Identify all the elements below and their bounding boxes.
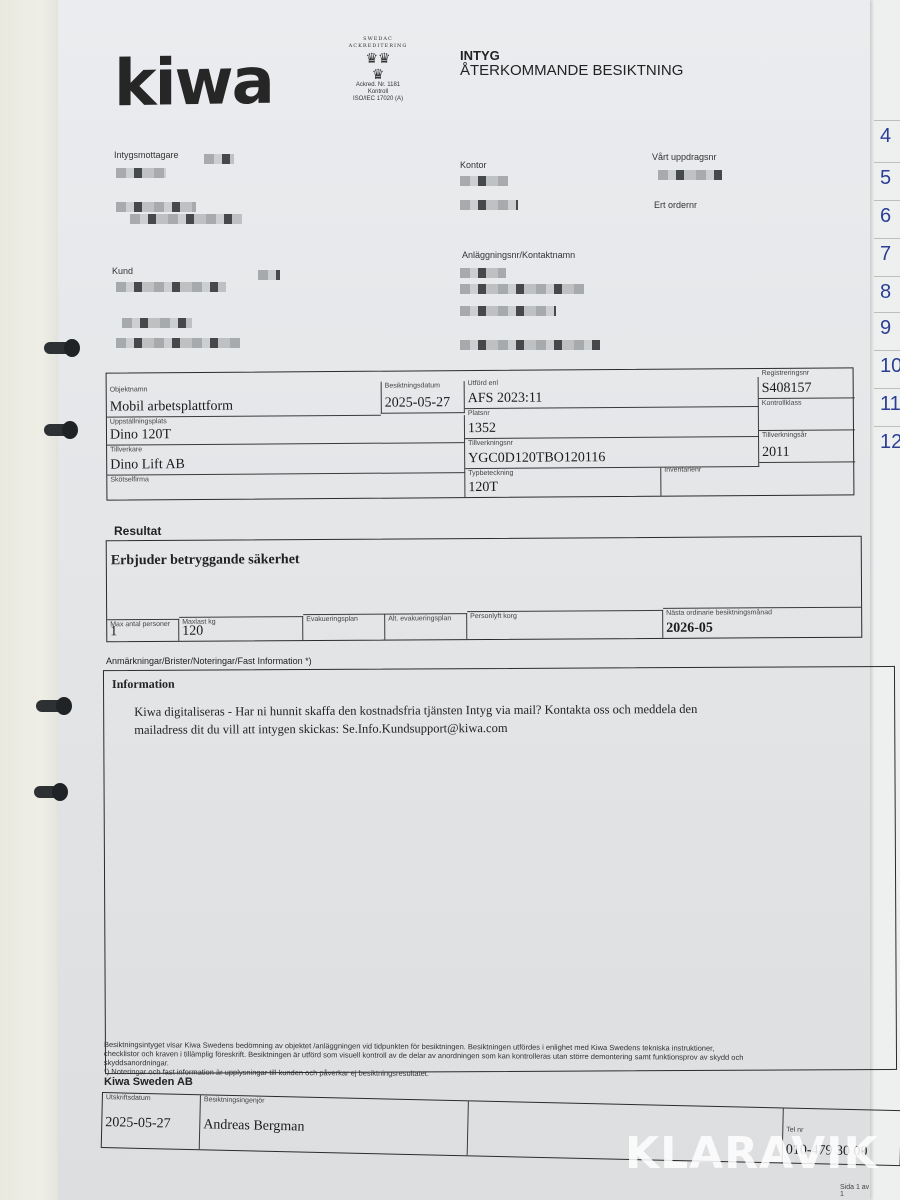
divider-tab: 4 — [874, 120, 900, 157]
redacted-text — [460, 176, 508, 186]
binder-back-page — [0, 0, 60, 1200]
divider-tab: 9 — [874, 312, 900, 349]
redacted-text — [460, 284, 584, 294]
inspection-certificate-page: kiwa SWEDAC ACKREDITERING ♛♛♛ Ackred. Nr… — [58, 0, 870, 1200]
field-tillverkningsnr: Tillverkningsnr YGC0D120TBO120116 — [465, 437, 759, 469]
company-name: Kiwa Sweden AB — [104, 1076, 193, 1088]
document-title: INTYG — [460, 48, 500, 63]
redacted-text — [460, 268, 506, 278]
binder-ring — [44, 424, 76, 436]
document-subtitle: ÅTERKOMMANDE BESIKTNING — [460, 62, 683, 79]
seal-line: ISO/IEC 17020 (A) — [338, 96, 418, 103]
divider-tab: 11 — [874, 388, 900, 425]
field-kontrollklass: Kontrollklass — [759, 398, 855, 431]
field-next-inspection: Nästa ordinarie besiktningsmånad 2026-05 — [663, 607, 861, 638]
customer-label: Kund — [112, 266, 133, 276]
remarks-box: Information Kiwa digitaliseras - Har ni … — [103, 666, 897, 1074]
field-besiktningsdatum: Besiktningsdatum 2025-05-27 — [381, 381, 465, 414]
field-engineer: Besiktningsingenjör Andreas Bergman — [200, 1095, 469, 1155]
redacted-text — [116, 168, 166, 178]
seal-line: Ackred. Nr. 1181 — [338, 82, 418, 89]
seal-ring-text: SWEDAC ACKREDITERING — [338, 36, 418, 50]
redacted-text — [116, 282, 226, 292]
redacted-text — [130, 214, 242, 224]
divider-tab: 6 — [874, 200, 900, 237]
binder-ring — [36, 700, 70, 712]
redacted-text — [116, 202, 196, 212]
office-label: Kontor — [460, 160, 487, 170]
field-typbeteckning: Typbeteckning 120T — [465, 468, 661, 497]
facility-contact-label: Anläggningsnr/Kontaktnamn — [462, 250, 575, 260]
binder-ring — [44, 342, 78, 354]
field-utford-enl: Utförd enl AFS 2023:11 — [465, 377, 759, 409]
redacted-text — [460, 340, 600, 350]
object-info-table: Objektnamn Mobil arbetsplattform Besiktn… — [106, 367, 855, 500]
field-max-load: Maxlast kg 120 — [179, 616, 303, 641]
redacted-text — [658, 170, 722, 180]
field-skotselfirma: Skötselfirma — [107, 473, 465, 499]
divider-tab: 7 — [874, 238, 900, 275]
redacted-text — [204, 154, 234, 164]
redacted-text — [460, 306, 556, 316]
swedac-seal: SWEDAC ACKREDITERING ♛♛♛ Ackred. Nr. 118… — [338, 36, 418, 103]
kiwa-logo: kiwa — [114, 45, 273, 122]
remarks-text-line: Kiwa digitaliseras - Har ni hunnit skaff… — [134, 702, 697, 720]
remarks-box-title: Information — [112, 677, 175, 692]
field-tillverkningsar: Tillverkningsår 2011 — [759, 430, 855, 463]
field-person-lift: Personlyft korg — [467, 610, 663, 639]
three-crowns-icon: ♛♛♛ — [338, 50, 418, 82]
field-platsnr: Platsnr 1352 — [465, 407, 759, 439]
recipient-label: Intygsmottagare — [114, 150, 179, 160]
seal-line: Kontroll — [338, 89, 418, 96]
field-max-persons: Max antal personer 1 — [107, 619, 179, 641]
divider-tab: 10 — [874, 350, 900, 387]
redacted-text — [460, 200, 518, 210]
redacted-text — [122, 318, 192, 328]
footer-disclaimer: Besiktningsintyget visar Kiwa Swedens be… — [104, 1040, 864, 1081]
divider-tab: 8 — [874, 276, 900, 313]
field-tillverkare: Tillverkare Dino Lift AB — [107, 443, 465, 475]
field-evac-plan: Evakueringsplan — [303, 614, 385, 641]
field-inventarienr: Inventarienr — [661, 464, 855, 495]
remarks-text-line: mailadress dit du vill att intygen skick… — [134, 721, 507, 738]
remarks-heading: Anmärkningar/Brister/Noteringar/Fast Inf… — [106, 656, 312, 666]
divider-tab: 5 — [874, 162, 900, 199]
redacted-text — [116, 338, 240, 348]
field-registreringsnr: Registreringsnr S408157 — [759, 368, 855, 399]
assignment-number-label: Vårt uppdragsnr — [652, 152, 717, 162]
field-alt-evac-plan: Alt. evakueringsplan — [385, 613, 467, 640]
field-uppstallningsplats: Uppställningsplats Dino 120T — [107, 415, 465, 445]
redacted-text — [258, 270, 280, 280]
klaravik-watermark: KLARAVIK — [625, 1128, 879, 1179]
field-objektnamn: Objektnamn Mobil arbetsplattform — [107, 384, 381, 418]
order-number-label: Ert ordernr — [654, 200, 697, 210]
binder-ring — [34, 786, 66, 798]
result-box: Erbjuder betryggande säkerhet Max antal … — [106, 536, 863, 643]
result-heading: Resultat — [114, 524, 161, 538]
field-issue-date: Utskriftsdatum 2025-05-27 — [102, 1093, 201, 1149]
divider-tab: 12 — [874, 426, 900, 463]
result-verdict: Erbjuder betryggande säkerhet — [111, 552, 300, 569]
page-number: Sida 1 av 1 — [840, 1184, 870, 1198]
